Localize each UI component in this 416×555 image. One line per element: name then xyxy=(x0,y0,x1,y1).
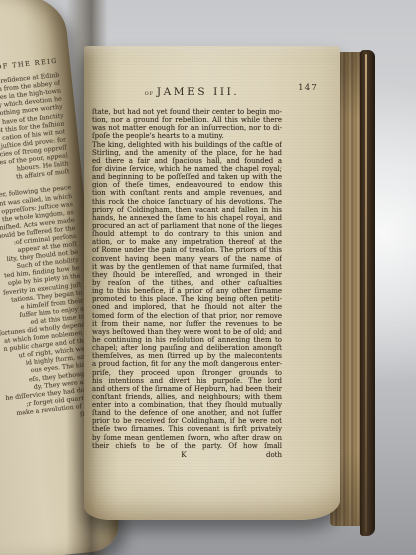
text-line: The king, delighted with his buildings o… xyxy=(92,141,282,149)
text-line: prior to be received for Coldingham, if … xyxy=(92,417,282,425)
footer-row: K doth xyxy=(92,451,282,461)
text-line: and beginning to be poſſeſſed and taken … xyxy=(92,173,282,181)
page-number: 147 xyxy=(298,83,318,93)
text-line: was not matter enough for an inſurrectio… xyxy=(92,124,282,132)
page-header: ofJAMES III. 147 xyxy=(90,80,294,94)
text-line: and others of the ſirname of Hepburn, ha… xyxy=(92,385,282,393)
signature-mark: K xyxy=(181,451,186,459)
text-line: enter into a combination, that they ſhou… xyxy=(92,401,282,409)
text-line: tion with conſtant rents and ample reven… xyxy=(92,189,282,197)
right-page: ofJAMES III. 147 ſtate, but had not yet … xyxy=(84,46,340,520)
text-line: it was by the gentlemen of that name ſur… xyxy=(92,263,282,271)
text-line: theſe two ſirnames. This covenant is fir… xyxy=(92,425,282,433)
text-line: his intentions and divert his purpoſe. T… xyxy=(92,377,282,385)
text-line: by ſome mean gentlemen ſworn, who after … xyxy=(92,434,282,442)
book-cover-edge xyxy=(360,50,375,536)
text-line: ſpoſe the people's hearts to a mutiny. xyxy=(92,132,282,140)
header-title: JAMES III. xyxy=(157,86,240,98)
text-line: it from their name, nor ſuffer the reven… xyxy=(92,320,282,328)
catchword: doth xyxy=(266,451,282,459)
text-line: a proud faction, fit for any the moſt da… xyxy=(92,360,282,368)
text-line: chapel; after long pauſing and deliberat… xyxy=(92,344,282,352)
text-line: ation, or to make any impetration thereo… xyxy=(92,238,282,246)
text-line: ſhould attempt to do contrary to this un… xyxy=(92,230,282,238)
text-line: convent having been many years of the na… xyxy=(92,255,282,263)
book-photo: ORY OF THE REIG g his reſidence at Edinb… xyxy=(0,0,416,555)
text-line: ed there a fair and ſpacious hall, and f… xyxy=(92,157,282,165)
text-line: ſtand to the defence of one another, and… xyxy=(92,409,282,417)
text-line: their chiefs to be of the party. Of how … xyxy=(92,442,282,450)
text-line: tomed form of the election of that prior… xyxy=(92,312,282,320)
text-line: procured an act of parliament that none … xyxy=(92,222,282,230)
text-line: this rock the choice ſanctuary of his de… xyxy=(92,198,282,206)
cover-edge-highlight xyxy=(365,54,367,532)
text-line: conſtant friends, allies, and neighbours… xyxy=(92,393,282,401)
text-line: ſtate, but had not yet found their cente… xyxy=(92,108,282,116)
text-line: promoted to this place. The king being o… xyxy=(92,295,282,303)
text-line: of Rome under the pain of treaſon. The p… xyxy=(92,246,282,254)
paragraph-2: The king, delighted with his buildings o… xyxy=(92,141,282,450)
header-of: of xyxy=(145,89,154,97)
text-line: gion of theſe times, endeavoured to endo… xyxy=(92,181,282,189)
text-line: ing to this benefice, if a prior of any … xyxy=(92,287,282,295)
text-block: ſtate, but had not yet found their cente… xyxy=(92,108,282,461)
text-line: they ſhould be intereſſed, and wronged i… xyxy=(92,271,282,279)
text-line: tion, nor a ground for rebellion. All th… xyxy=(92,116,282,124)
text-line: oned and implored, that he ſhould not al… xyxy=(92,303,282,311)
text-line: hands, he annexed the ſame to his chapel… xyxy=(92,214,282,222)
text-line: ways beſtowed than they were wont to be … xyxy=(92,328,282,336)
text-line: he continuing in his reſolution of annex… xyxy=(92,336,282,344)
text-line: themſelves, as men ſtirred up by the mal… xyxy=(92,352,282,360)
text-line: priory of Coldingham, then vacant and fa… xyxy=(92,206,282,214)
text-line: Stirling, and the amenity of the place, … xyxy=(92,149,282,157)
text-line: for divine ſervice, which he named the c… xyxy=(92,165,282,173)
paragraph-1: ſtate, but had not yet found their cente… xyxy=(92,108,282,141)
text-line: by reaſon of the tithes, and other caſua… xyxy=(92,279,282,287)
text-line: priſe, they proceed upon ſtronger ground… xyxy=(92,369,282,377)
